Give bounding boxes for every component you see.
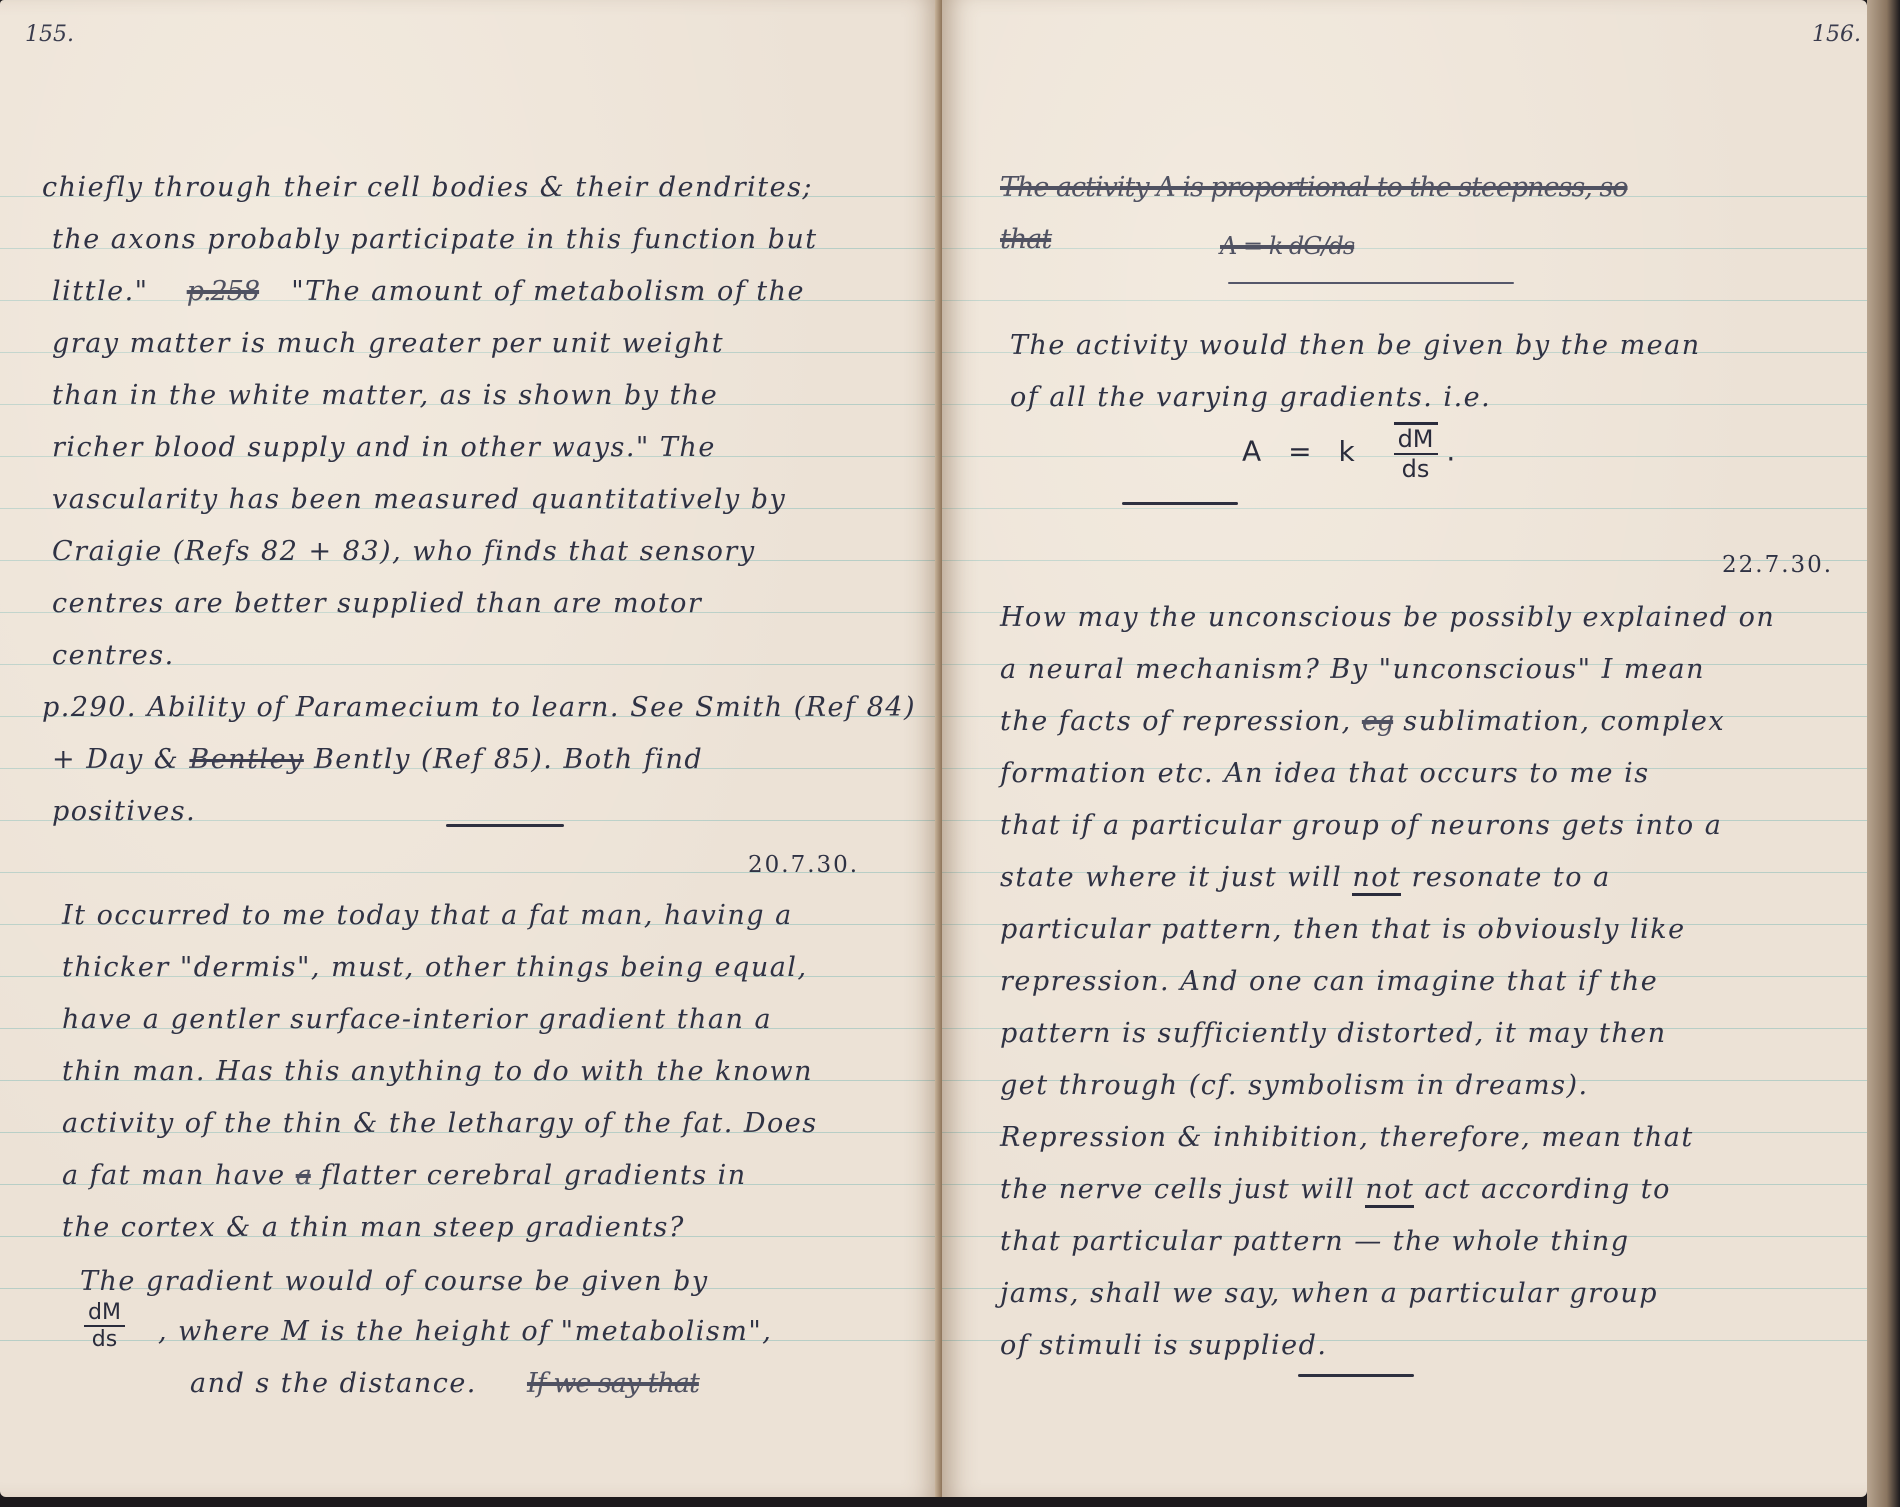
text-line: The activity would then be given by the … [1010,326,1701,366]
text-fragment: + Day & [52,744,179,775]
text-line: centres. [52,636,175,676]
struck-page-ref: p.258 [187,276,259,307]
quote-end: little." [52,276,149,307]
text-line: state where it just will not resonate to… [1000,858,1611,898]
text-line: formation etc. An idea that occurs to me… [1000,754,1650,794]
page-number-156: 156. [1812,22,1861,47]
fraction-numerator: dM [84,1300,125,1327]
quote-start: "The amount of metabolism of the [291,276,805,307]
page-number-155: 155. [25,22,74,47]
underlined-emphasis: not [1365,1174,1414,1208]
text-line: the cortex & a thin man steep gradients? [62,1208,685,1248]
text-line: chiefly through their cell bodies & thei… [42,168,813,208]
struck-word: Bentley [189,744,303,775]
text-line: of all the varying gradients. i.e. [1010,378,1491,418]
page-edges [1867,0,1900,1507]
section-divider [446,824,564,827]
text-fragment: state where it just will [1000,862,1342,893]
text-line: p.290. Ability of Paramecium to learn. S… [42,688,916,728]
derivative-fraction: dM ds [84,1300,125,1352]
struck-formula-underline [1228,282,1514,284]
struck-word: eg [1362,706,1393,737]
left-notebook-page: 155. chiefly through their cell bodies &… [0,0,940,1497]
text-line: and s the distance. If we say that [190,1364,699,1404]
text-line: + Day & Bentley Bently (Ref 85). Both fi… [52,740,703,780]
text-fragment: the nerve cells just will [1000,1174,1355,1205]
formula-lhs: A [1242,435,1261,468]
text-line: How may the unconscious be possibly expl… [1000,598,1775,638]
text-line: thicker "dermis", must, other things bei… [62,948,808,988]
text-line: a neural mechanism? By "unconscious" I m… [1000,650,1705,690]
text-line: little." p.258 "The amount of metabolism… [52,272,805,312]
text-line: centres are better supplied than are mot… [52,584,702,624]
text-line: get through (cf. symbolism in dreams). [1000,1066,1589,1106]
text-line: , where M is the height of "metabolism", [158,1312,772,1352]
struck-phrase: If we say that [527,1368,699,1399]
text-fragment: flatter cerebral gradients in [321,1160,747,1191]
text-line: positives. [52,792,196,832]
activity-formula: A = k dM ds . [1242,422,1455,483]
struck-line: that [1000,220,1051,260]
text-fragment: and s the distance. [190,1368,477,1399]
text-fragment: the facts of repression, [1000,706,1352,737]
formula-constant: k [1338,435,1354,468]
text-line: pattern is sufficiently distorted, it ma… [1000,1014,1667,1054]
fraction-denominator: ds [84,1327,125,1352]
text-line: The gradient would of course be given by [80,1262,709,1302]
text-line: Craigie (Refs 82 + 83), who finds that s… [52,532,756,572]
struck-word: a [296,1160,311,1191]
text-line: of stimuli is supplied. [1000,1326,1328,1366]
text-line: It occurred to me today that a fat man, … [62,896,793,936]
text-line: vascularity has been measured quantitati… [52,480,786,520]
text-line: activity of the thin & the lethargy of t… [62,1104,818,1144]
entry-date: 20.7.30. [748,852,859,878]
text-line: thin man. Has this anything to do with t… [62,1052,813,1092]
text-fragment: a fat man have [62,1160,286,1191]
text-line: particular pattern, then that is obvious… [1000,910,1686,950]
text-line: a fat man have a flatter cerebral gradie… [62,1156,747,1196]
struck-line: The activity A is proportional to the st… [1000,168,1628,208]
fraction-denominator: ds [1394,455,1438,483]
text-fragment: act according to [1424,1174,1670,1205]
fraction-numerator: dM [1394,425,1438,455]
text-line: that particular pattern — the whole thin… [1000,1222,1630,1262]
text-line: the facts of repression, eg sublimation,… [1000,702,1725,742]
text-fragment: resonate to a [1411,862,1610,893]
underlined-emphasis: not [1352,862,1401,896]
formula-equals: = [1288,435,1311,468]
text-fragment: sublimation, complex [1403,706,1725,737]
text-line: than in the white matter, as is shown by… [52,376,718,416]
right-notebook-page: 156. The activity A is proportional to t… [942,0,1867,1497]
text-line: the axons probably participate in this f… [52,220,818,260]
text-line: that if a particular group of neurons ge… [1000,806,1722,846]
text-fragment: Bently (Ref 85). Both find [314,744,703,775]
text-line: Repression & inhibition, therefore, mean… [1000,1118,1694,1158]
formula-period: . [1446,435,1455,468]
text-line: repression. And one can imagine that if … [1000,962,1658,1002]
section-divider [1298,1374,1414,1377]
text-line: the nerve cells just will not act accord… [1000,1170,1671,1210]
section-divider [1122,502,1238,505]
text-line: gray matter is much greater per unit wei… [52,324,724,364]
struck-formula: A = k dG/ds [1220,226,1354,266]
text-line: jams, shall we say, when a particular gr… [1000,1274,1658,1314]
text-line: have a gentler surface-interior gradient… [62,1000,772,1040]
text-line: richer blood supply and in other ways." … [52,428,716,468]
entry-date: 22.7.30. [1722,552,1833,578]
